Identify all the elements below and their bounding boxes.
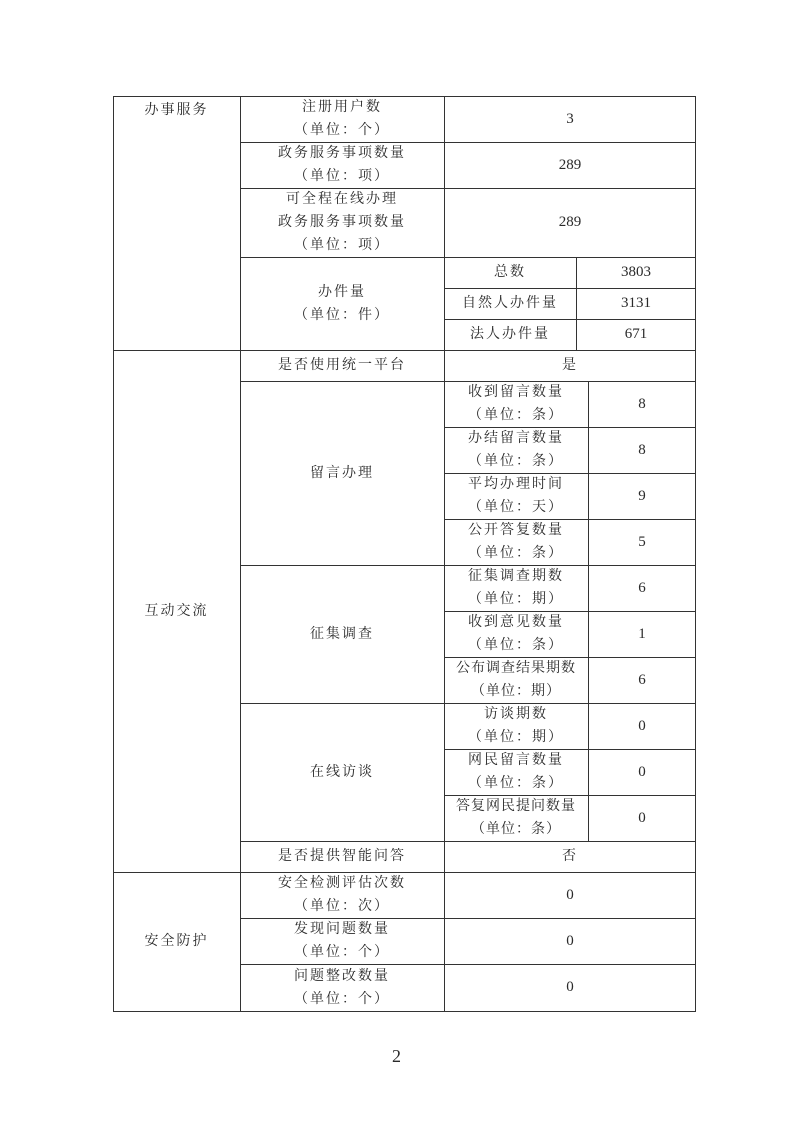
value-interview-periods: 0 — [588, 703, 696, 749]
label-service-items: 政务服务事项数量 （单位：项） — [240, 142, 444, 188]
label-messages-closed: 办结留言数量 （单位：条） — [444, 427, 588, 473]
value-case-total: 3803 — [576, 257, 696, 288]
value-text: 否 — [562, 845, 578, 868]
value-text: 5 — [638, 531, 646, 554]
value-text: 0 — [566, 930, 574, 953]
label-survey-periods: 征集调查期数 （单位：期） — [444, 565, 588, 611]
value-text: 0 — [566, 884, 574, 907]
value-text: 3803 — [621, 261, 651, 284]
label-line: 公布调查结果期数 — [456, 657, 576, 680]
group-label-messages: 留言办理 — [240, 381, 444, 565]
group-label-text: 留言办理 — [310, 462, 374, 485]
label-messages-received: 收到留言数量 （单位：条） — [444, 381, 588, 427]
value-service-items: 289 — [444, 142, 696, 188]
label-line: 政务服务事项数量 — [278, 211, 406, 234]
value-messages-received: 8 — [588, 381, 696, 427]
label-issues-fixed: 问题整改数量 （单位：个） — [240, 964, 444, 1011]
label-netizen-questions-answered: 答复网民提问数量 （单位：条） — [444, 795, 588, 841]
value-issues-fixed: 0 — [444, 964, 696, 1011]
label-line: 发现问题数量 — [294, 918, 390, 941]
label-issues-found: 发现问题数量 （单位：个） — [240, 918, 444, 964]
label-netizen-messages: 网民留言数量 （单位：条） — [444, 749, 588, 795]
value-text: 0 — [638, 807, 646, 830]
section-label-security: 安全防护 — [113, 872, 240, 1011]
section-label-service: 办事服务 — [113, 96, 240, 350]
unit-line: （单位：个） — [294, 941, 390, 964]
label-online-items: 可全程在线办理 政务服务事项数量 （单位：项） — [240, 188, 444, 257]
section-label-text: 安全防护 — [145, 930, 209, 953]
value-text: 0 — [638, 715, 646, 738]
unit-line: （单位：件） — [294, 304, 390, 327]
section-label-interaction: 互动交流 — [113, 350, 240, 872]
group-label-text: 征集调查 — [310, 623, 374, 646]
unit-line: （单位：期） — [471, 680, 561, 703]
group-label-survey: 征集调查 — [240, 565, 444, 703]
label-interview-periods: 访谈期数 （单位：期） — [444, 703, 588, 749]
page-number: 2 — [0, 1046, 793, 1067]
label-line: 是否提供智能问答 — [278, 845, 406, 868]
value-case-natural-person: 3131 — [576, 288, 696, 319]
unit-line: （单位：条） — [468, 772, 564, 795]
unit-line: （单位：次） — [294, 895, 390, 918]
label-line: 网民留言数量 — [468, 749, 564, 772]
label-avg-handling-time: 平均办理时间 （单位：天） — [444, 473, 588, 519]
label-line: 总数 — [494, 261, 526, 284]
value-text: 是 — [562, 354, 578, 377]
label-line: 自然人办件量 — [462, 292, 558, 315]
label-line: 征集调查期数 — [468, 565, 564, 588]
label-line: 访谈期数 — [484, 703, 548, 726]
label-line: 问题整改数量 — [294, 965, 390, 988]
label-unified-platform: 是否使用统一平台 — [240, 350, 444, 381]
label-line: 收到留言数量 — [468, 381, 564, 404]
unit-line: （单位：项） — [294, 165, 390, 188]
label-case-volume: 办件量 （单位：件） — [240, 257, 444, 350]
label-opinions-received: 收到意见数量 （单位：条） — [444, 611, 588, 657]
unit-line: （单位：期） — [468, 726, 564, 749]
value-avg-handling-time: 9 — [588, 473, 696, 519]
label-public-replies: 公开答复数量 （单位：条） — [444, 519, 588, 565]
label-security-assessments: 安全检测评估次数 （单位：次） — [240, 872, 444, 918]
label-line: 办件量 — [318, 281, 366, 304]
value-online-items: 289 — [444, 188, 696, 257]
label-case-natural-person: 自然人办件量 — [444, 288, 576, 319]
unit-line: （单位：条） — [468, 450, 564, 473]
unit-line: （单位：条） — [468, 634, 564, 657]
value-text: 3 — [566, 108, 574, 131]
unit-line: （单位：条） — [468, 404, 564, 427]
unit-line: （单位：个） — [294, 119, 390, 142]
unit-line: （单位：项） — [294, 234, 390, 257]
label-line: 安全检测评估次数 — [278, 872, 406, 895]
unit-line: （单位：天） — [468, 496, 564, 519]
value-text: 289 — [559, 154, 582, 177]
group-label-text: 在线访谈 — [310, 761, 374, 784]
value-text: 8 — [638, 439, 646, 462]
group-label-interview: 在线访谈 — [240, 703, 444, 841]
unit-line: （单位：条） — [468, 542, 564, 565]
value-public-replies: 5 — [588, 519, 696, 565]
label-line: 注册用户数 — [302, 96, 382, 119]
value-text: 3131 — [621, 292, 651, 315]
section-label-text: 办事服务 — [145, 99, 209, 122]
label-line: 收到意见数量 — [468, 611, 564, 634]
label-line: 平均办理时间 — [468, 473, 564, 496]
value-text: 9 — [638, 485, 646, 508]
value-text: 0 — [566, 976, 574, 999]
value-text: 289 — [559, 211, 582, 234]
label-case-legal-person: 法人办件量 — [444, 319, 576, 350]
value-text: 0 — [638, 761, 646, 784]
value-netizen-messages: 0 — [588, 749, 696, 795]
label-survey-results-published: 公布调查结果期数 （单位：期） — [444, 657, 588, 703]
unit-line: （单位：期） — [468, 588, 564, 611]
value-security-assessments: 0 — [444, 872, 696, 918]
value-messages-closed: 8 — [588, 427, 696, 473]
value-text: 671 — [625, 323, 648, 346]
value-text: 6 — [638, 577, 646, 600]
value-survey-periods: 6 — [588, 565, 696, 611]
label-line: 政务服务事项数量 — [278, 142, 406, 165]
value-unified-platform: 是 — [444, 350, 696, 381]
value-survey-results-published: 6 — [588, 657, 696, 703]
label-smart-qa: 是否提供智能问答 — [240, 841, 444, 872]
label-case-total: 总数 — [444, 257, 576, 288]
value-case-legal-person: 671 — [576, 319, 696, 350]
value-smart-qa: 否 — [444, 841, 696, 872]
value-issues-found: 0 — [444, 918, 696, 964]
section-label-text: 互动交流 — [145, 600, 209, 623]
value-text: 1 — [638, 623, 646, 646]
value-text: 6 — [638, 669, 646, 692]
unit-line: （单位：个） — [294, 988, 390, 1011]
label-line: 是否使用统一平台 — [278, 354, 406, 377]
value-text: 8 — [638, 393, 646, 416]
value-netizen-questions-answered: 0 — [588, 795, 696, 841]
value-registered-users: 3 — [444, 96, 696, 142]
value-opinions-received: 1 — [588, 611, 696, 657]
label-line: 法人办件量 — [470, 323, 550, 346]
label-line: 答复网民提问数量 — [456, 795, 576, 818]
label-line: 可全程在线办理 — [286, 188, 398, 211]
unit-line: （单位：条） — [471, 818, 561, 841]
label-registered-users: 注册用户数 （单位：个） — [240, 96, 444, 142]
label-line: 公开答复数量 — [468, 519, 564, 542]
label-line: 办结留言数量 — [468, 427, 564, 450]
